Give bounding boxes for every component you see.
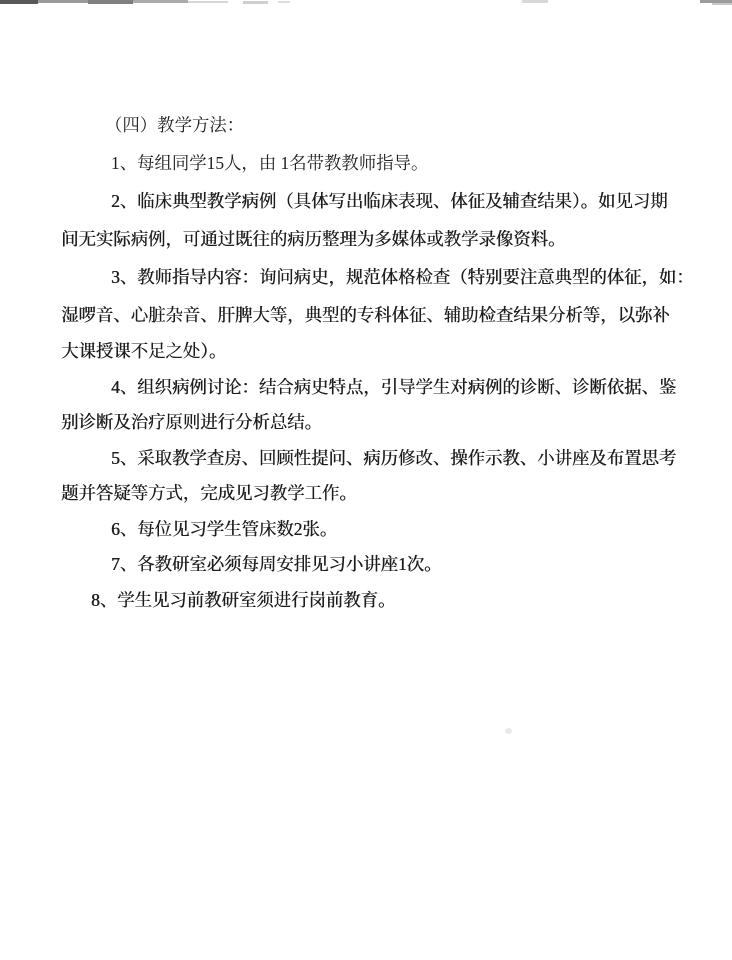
text-line: 别诊断及治疗原则进行分析总结。 [61,405,675,441]
text-line: 题并答疑等方式，完成见习教学工作。 [61,476,675,512]
numbered-item: 6、每位见习学生管床数2张。 [61,512,675,548]
numbered-item: 7、各教研室必须每周安排见习小讲座1次。 [61,547,675,583]
scan-artifact [712,3,732,5]
scan-artifact [278,1,290,3]
scan-artifact [522,0,548,3]
text-line: 间无实际病例，可通过既往的病历整理为多媒体或教学录像资料。 [61,220,675,258]
text-line: 3、教师指导内容：询问病史，规范体格检查（特别要注意典型的体征，如： [61,258,675,296]
numbered-item: 1、每组同学15人，由 1名带教教师指导。 [61,144,675,182]
text-line: 1、每组同学15人，由 1名带教教师指导。 [61,144,675,182]
scan-artifact [188,1,228,3]
scan-artifact [38,0,93,3]
text-line: 4、组织病例讨论：结合病史特点，引导学生对病例的诊断、诊断依据、鉴 [61,370,675,406]
scan-artifact [0,0,38,4]
scan-artifact [243,1,268,4]
section-heading: （四）教学方法： [61,106,675,144]
text-line: 湿啰音、心脏杂音、肝脾大等，典型的专科体征、辅助检查结果分析等，以弥补 [61,296,675,334]
scan-artifact [88,0,133,4]
numbered-item: 3、教师指导内容：询问病史，规范体格检查（特别要注意典型的体征，如： 湿啰音、心… [61,258,675,370]
text-line: 2、临床典型教学病例（具体写出临床表现、体征及辅查结果）。如见习期 [61,182,675,220]
text-line: 8、学生见习前教研室须进行岗前教育。 [61,583,675,619]
document-page: （四）教学方法： 1、每组同学15人，由 1名带教教师指导。 2、临床典型教学病… [0,0,732,960]
numbered-item: 4、组织病例讨论：结合病史特点，引导学生对病例的诊断、诊断依据、鉴 别诊断及治疗… [61,370,675,441]
text-line: 7、各教研室必须每周安排见习小讲座1次。 [61,547,675,583]
scan-speck [505,728,512,734]
numbered-item: 5、采取教学查房、回顾性提问、病历修改、操作示教、小讲座及布置思考 题并答疑等方… [61,441,675,512]
document-text: （四）教学方法： 1、每组同学15人，由 1名带教教师指导。 2、临床典型教学病… [61,106,675,618]
scan-artifact [133,0,188,3]
numbered-item: 2、临床典型教学病例（具体写出临床表现、体征及辅查结果）。如见习期 间无实际病例… [61,182,675,258]
text-line: 5、采取教学查房、回顾性提问、病历修改、操作示教、小讲座及布置思考 [61,441,675,477]
text-line: 6、每位见习学生管床数2张。 [61,512,675,548]
numbered-item: 8、学生见习前教研室须进行岗前教育。 [61,583,675,619]
text-line: 大课授课不足之处）。 [61,334,675,370]
